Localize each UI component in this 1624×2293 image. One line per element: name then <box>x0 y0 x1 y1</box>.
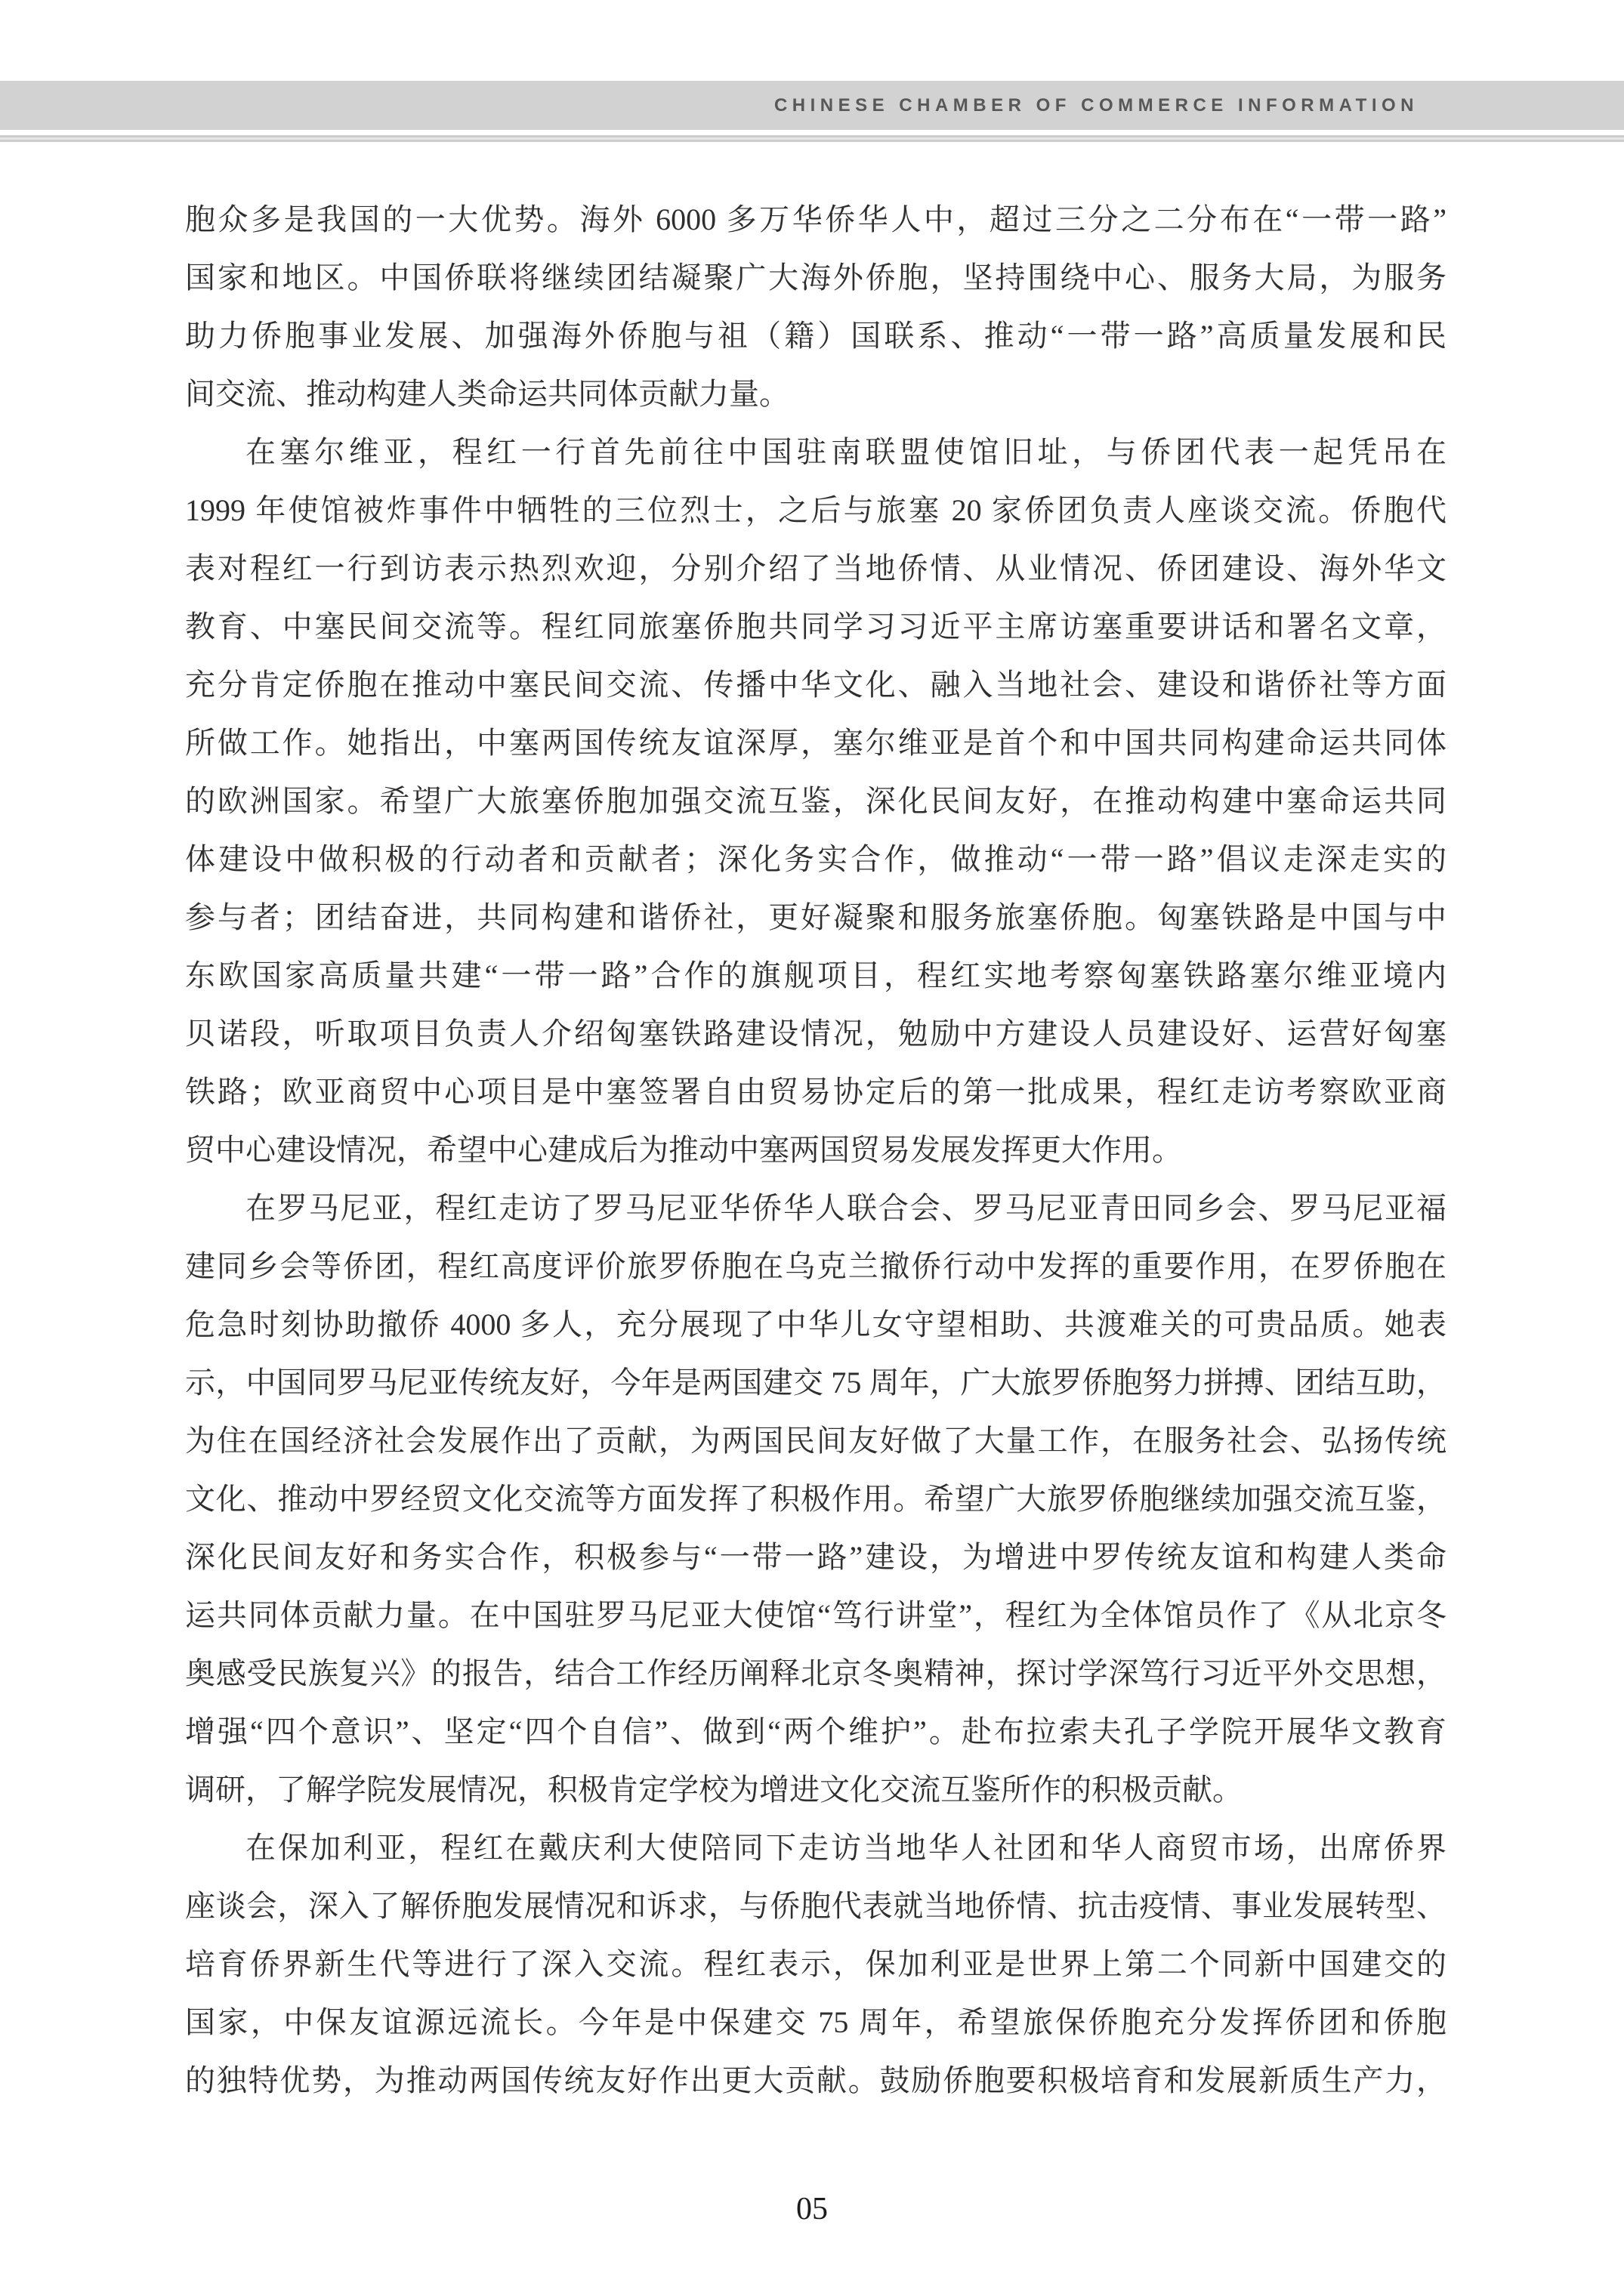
text-line: 体建设中做积极的行动者和贡献者；深化务实合作，做推动“一带一路”倡议走深走实的 <box>185 830 1446 888</box>
text-line: 参与者；团结奋进，共同构建和谐侨社，更好凝聚和服务旅塞侨胞。匈塞铁路是中国与中 <box>185 888 1446 946</box>
text-line: 培育侨界新生代等进行了深入交流。程红表示，保加利亚是世界上第二个同新中国建交的 <box>185 1935 1446 1993</box>
text-line: 座谈会，深入了解侨胞发展情况和诉求，与侨胞代表就当地侨情、抗击疫情、事业发展转型… <box>185 1877 1446 1935</box>
text-line: 表对程红一行到访表示热烈欢迎，分别介绍了当地侨情、从业情况、侨团建设、海外华文 <box>185 539 1446 597</box>
text-line: 贝诺段，听取项目负责人介绍匈塞铁路建设情况，勉励中方建设人员建设好、运营好匈塞 <box>185 1005 1446 1063</box>
text-line: 东欧国家高质量共建“一带一路”合作的旗舰项目，程红实地考察匈塞铁路塞尔维亚境内 <box>185 946 1446 1005</box>
header-banner-title: CHINESE CHAMBER OF COMMERCE INFORMATION <box>774 95 1419 116</box>
text-line: 胞众多是我国的一大优势。海外 6000 多万华侨华人中，超过三分之二分布在“一带… <box>185 190 1446 248</box>
text-line: 为住在国经济社会发展作出了贡献，为两国民间友好做了大量工作，在服务社会、弘扬传统 <box>185 1412 1446 1470</box>
text-line: 文化、推动中罗经贸文化交流等方面发挥了积极作用。希望广大旅罗侨胞继续加强交流互鉴… <box>185 1470 1446 1528</box>
text-line: 1999 年使馆被炸事件中牺牲的三位烈士，之后与旅塞 20 家侨团负责人座谈交流… <box>185 481 1446 539</box>
text-line: 国家，中保友谊源远流长。今年是中保建交 75 周年，希望旅保侨胞充分发挥侨团和侨… <box>185 1993 1446 2051</box>
text-line: 充分肯定侨胞在推动中塞民间交流、传播中华文化、融入当地社会、建设和谐侨社等方面 <box>185 656 1446 714</box>
document-page: CHINESE CHAMBER OF COMMERCE INFORMATION … <box>0 0 1624 2293</box>
text-line: 教育、中塞民间交流等。程红同旅塞侨胞共同学习习近平主席访塞重要讲话和署名文章， <box>185 597 1446 656</box>
article-body: 胞众多是我国的一大优势。海外 6000 多万华侨华人中，超过三分之二分布在“一带… <box>185 190 1446 2109</box>
page-number: 05 <box>0 2191 1624 2227</box>
text-line: 示，中国同罗马尼亚传统友好，今年是两国建交 75 周年，广大旅罗侨胞努力拼搏、团… <box>185 1353 1446 1412</box>
text-line: 贸中心建设情况，希望中心建成后为推动中塞两国贸易发展发挥更大作用。 <box>185 1121 1446 1179</box>
text-line: 增强“四个意识”、坚定“四个自信”、做到“两个维护”。赴布拉索夫孔子学院开展华文… <box>185 1702 1446 1761</box>
text-line: 在罗马尼亚，程红走访了罗马尼亚华侨华人联合会、罗马尼亚青田同乡会、罗马尼亚福 <box>185 1179 1446 1237</box>
text-line: 的欧洲国家。希望广大旅塞侨胞加强交流互鉴，深化民间友好，在推动构建中塞命运共同 <box>185 772 1446 830</box>
text-line: 建同乡会等侨团，程红高度评价旅罗侨胞在乌克兰撤侨行动中发挥的重要作用，在罗侨胞在 <box>185 1237 1446 1295</box>
text-line: 的独特优势，为推动两国传统友好作出更大贡献。鼓励侨胞要积极培育和发展新质生产力， <box>185 2051 1446 2109</box>
text-line: 深化民间友好和务实合作，积极参与“一带一路”建设，为增进中罗传统友谊和构建人类命 <box>185 1528 1446 1586</box>
text-line: 奥感受民族复兴》的报告，结合工作经历阐释北京冬奥精神，探讨学深笃行习近平外交思想… <box>185 1644 1446 1702</box>
text-line: 在保加利亚，程红在戴庆利大使陪同下走访当地华人社团和华人商贸市场，出席侨界 <box>185 1819 1446 1877</box>
header-rule-bottom <box>0 140 1624 142</box>
text-line: 调研，了解学院发展情况，积极肯定学校为增进文化交流互鉴所作的积极贡献。 <box>185 1761 1446 1819</box>
text-line: 在塞尔维亚，程红一行首先前往中国驻南联盟使馆旧址，与侨团代表一起凭吊在 <box>185 423 1446 481</box>
text-line: 国家和地区。中国侨联将继续团结凝聚广大海外侨胞，坚持围绕中心、服务大局，为服务 <box>185 248 1446 307</box>
text-line: 间交流、推动构建人类命运共同体贡献力量。 <box>185 365 1446 423</box>
text-line: 所做工作。她指出，中塞两国传统友谊深厚，塞尔维亚是首个和中国共同构建命运共同体 <box>185 714 1446 772</box>
header-banner: CHINESE CHAMBER OF COMMERCE INFORMATION <box>0 81 1624 130</box>
text-line: 运共同体贡献力量。在中国驻罗马尼亚大使馆“笃行讲堂”，程红为全体馆员作了《从北京… <box>185 1586 1446 1644</box>
text-line: 助力侨胞事业发展、加强海外侨胞与祖（籍）国联系、推动“一带一路”高质量发展和民 <box>185 307 1446 365</box>
text-line: 危急时刻协助撤侨 4000 多人，充分展现了中华儿女守望相助、共渡难关的可贵品质… <box>185 1295 1446 1353</box>
text-line: 铁路；欧亚商贸中心项目是中塞签署自由贸易协定后的第一批成果，程红走访考察欧亚商 <box>185 1063 1446 1121</box>
